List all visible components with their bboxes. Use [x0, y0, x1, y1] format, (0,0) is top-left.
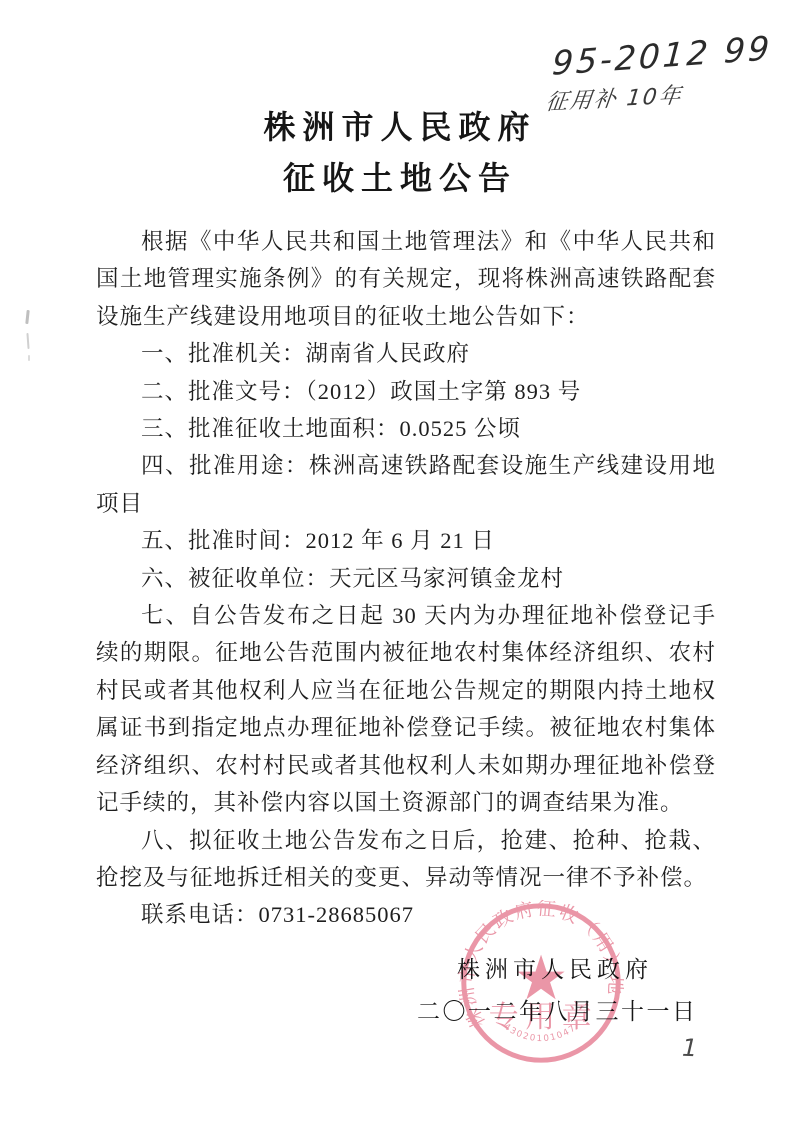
- document-title: 株洲市人民政府 征收土地公告: [0, 102, 800, 204]
- document-page: 95-2012 99 征用补 10年 株洲市人民政府 征收土地公告 根据《中华人…: [0, 0, 800, 1126]
- scan-artifact-mark: [26, 333, 29, 349]
- item-approval-date: 五、批准时间：2012 年 6 月 21 日: [96, 522, 716, 559]
- scan-artifact-mark: [28, 355, 30, 361]
- item-approval-number: 二、批准文号：（2012）政国土字第 893 号: [96, 373, 716, 410]
- page-number: 1: [682, 1034, 698, 1063]
- document-body: 根据《中华人民共和国土地管理法》和《中华人民共和国土地管理实施条例》的有关规定，…: [96, 223, 716, 934]
- contact-phone: 联系电话：0731-28685067: [96, 896, 716, 933]
- item-registration-deadline: 七、自公告发布之日起 30 天内为办理征地补偿登记手续的期限。征地公告范围内被征…: [96, 597, 716, 821]
- item-approved-area: 三、批准征收土地面积：0.0525 公顷: [96, 410, 716, 447]
- item-approved-use: 四、批准用途：株洲高速铁路配套设施生产线建设用地项目: [96, 447, 716, 522]
- signature-date: 二〇一二年八月三十一日: [417, 993, 698, 1026]
- handwritten-annotation-number: 95-2012 99: [551, 28, 774, 83]
- scan-artifact-mark: [25, 310, 29, 324]
- intro-paragraph: 根据《中华人民共和国土地管理法》和《中华人民共和国土地管理实施条例》的有关规定，…: [96, 223, 716, 335]
- signature-organization: 株洲市人民政府: [457, 951, 653, 984]
- title-line-subject: 征收土地公告: [0, 153, 800, 204]
- item-no-compensation-clause: 八、拟征收土地公告发布之日后，抢建、抢种、抢栽、抢挖及与征地拆迁相关的变更、异动…: [96, 822, 716, 897]
- item-approving-authority: 一、批准机关：湖南省人民政府: [96, 335, 716, 372]
- title-line-org: 株洲市人民政府: [0, 102, 800, 153]
- item-expropriated-unit: 六、被征收单位：天元区马家河镇金龙村: [96, 560, 716, 597]
